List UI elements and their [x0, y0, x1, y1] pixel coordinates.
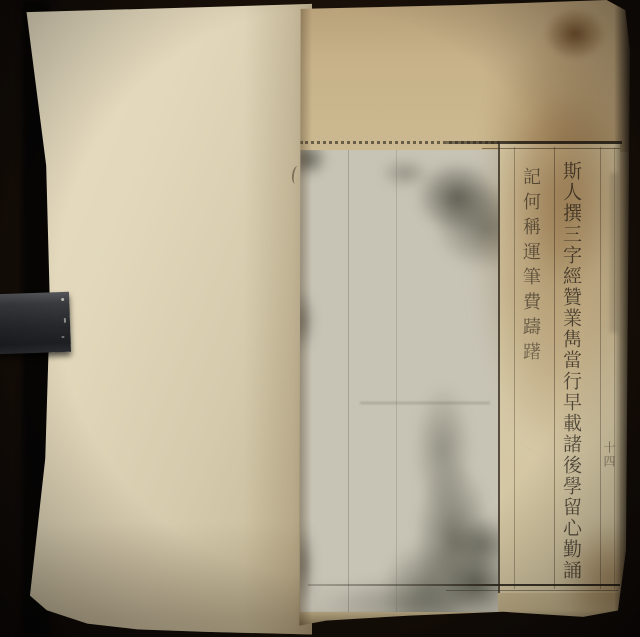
printed-right-page: 斯人撰三字經贊業雋當行早載諸後學留心勤誦 記何稱運筆費躊躇 十四	[296, 0, 630, 632]
smudge-crease-line	[348, 150, 349, 612]
smudge-crease-line	[396, 150, 397, 612]
smudge-streak	[360, 402, 490, 404]
photo-of-open-book: 斯人撰三字經贊業雋當行早載諸後學留心勤誦 記何稱運筆費躊躇 十四	[0, 0, 640, 637]
clip-glint	[61, 298, 64, 301]
water-stain	[506, 90, 626, 290]
clip-glint	[61, 336, 64, 338]
clip-glint	[64, 318, 66, 323]
ink-offset-smudge-area	[300, 150, 498, 612]
page-bottom-edge-shading	[296, 610, 630, 632]
metal-clip	[0, 292, 71, 355]
ink-smudge-blobs	[300, 150, 498, 612]
page-right-edge-shading	[614, 0, 630, 632]
